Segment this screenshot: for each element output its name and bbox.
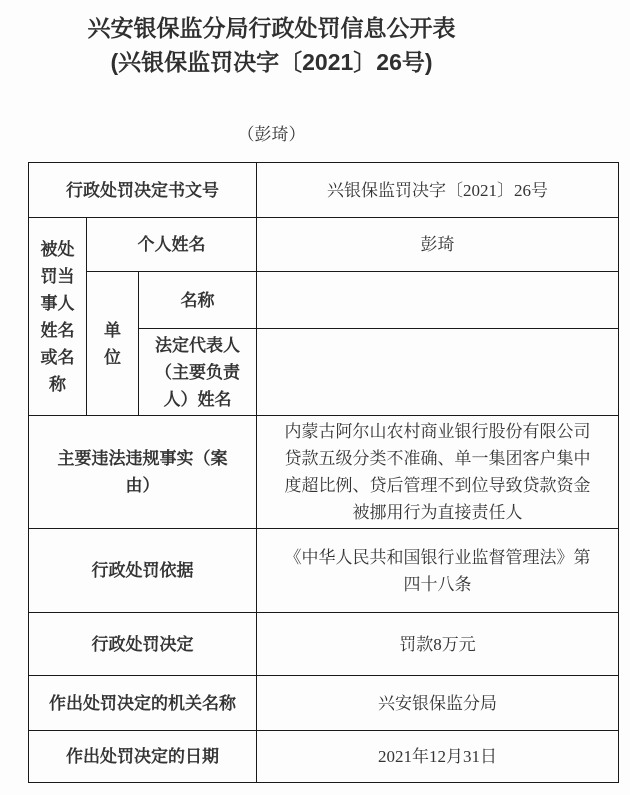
doc-number-value: 兴银保监罚决字〔2021〕26号 <box>257 163 619 218</box>
page-title: 兴安银保监分局行政处罚信息公开表 (兴银保监罚决字〔2021〕26号) <box>0 11 543 79</box>
row-authority: 作出处罚决定的机关名称 兴安银保监分局 <box>29 676 619 731</box>
legal-rep-label: 法定代表人 （主要负责 人）姓名 <box>139 329 257 416</box>
decision-label: 行政处罚决定 <box>29 613 257 676</box>
row-personal-name: 被处 罚当 事人 姓名 或名 称 个人姓名 彭琦 <box>29 218 619 272</box>
personal-name-label: 个人姓名 <box>87 218 257 272</box>
row-basis: 行政处罚依据 《中华人民共和国银行业监督管理法》第 四十八条 <box>29 529 619 613</box>
basis-value: 《中华人民共和国银行业监督管理法》第 四十八条 <box>257 529 619 613</box>
row-doc-number: 行政处罚决定书文号 兴银保监罚决字〔2021〕26号 <box>29 163 619 218</box>
page-subtitle: （彭琦） <box>0 120 543 145</box>
unit-group-label: 单 位 <box>87 272 139 416</box>
page-title-line2: (兴银保监罚决字〔2021〕26号) <box>0 45 543 79</box>
authority-value: 兴安银保监分局 <box>257 676 619 731</box>
row-unit-name: 单 位 名称 <box>29 272 619 329</box>
basis-label: 行政处罚依据 <box>29 529 257 613</box>
unit-name-label: 名称 <box>139 272 257 329</box>
doc-number-label: 行政处罚决定书文号 <box>29 163 257 218</box>
violation-label: 主要违法违规事实（案 由） <box>29 416 257 529</box>
authority-label: 作出处罚决定的机关名称 <box>29 676 257 731</box>
decision-value: 罚款8万元 <box>257 613 619 676</box>
row-date: 作出处罚决定的日期 2021年12月31日 <box>29 731 619 783</box>
party-group-label: 被处 罚当 事人 姓名 或名 称 <box>29 218 87 416</box>
date-value: 2021年12月31日 <box>257 731 619 783</box>
legal-rep-value <box>257 329 619 416</box>
penalty-disclosure-page: 兴安银保监分局行政处罚信息公开表 (兴银保监罚决字〔2021〕26号) （彭琦）… <box>0 0 630 795</box>
unit-name-value <box>257 272 619 329</box>
date-label: 作出处罚决定的日期 <box>29 731 257 783</box>
penalty-table: 行政处罚决定书文号 兴银保监罚决字〔2021〕26号 被处 罚当 事人 姓名 或… <box>28 162 619 783</box>
row-decision: 行政处罚决定 罚款8万元 <box>29 613 619 676</box>
row-violation: 主要违法违规事实（案 由） 内蒙古阿尔山农村商业银行股份有限公司 贷款五级分类不… <box>29 416 619 529</box>
violation-value: 内蒙古阿尔山农村商业银行股份有限公司 贷款五级分类不准确、单一集团客户集中 度超… <box>257 416 619 529</box>
page-title-line1: 兴安银保监分局行政处罚信息公开表 <box>0 11 543 45</box>
personal-name-value: 彭琦 <box>257 218 619 272</box>
